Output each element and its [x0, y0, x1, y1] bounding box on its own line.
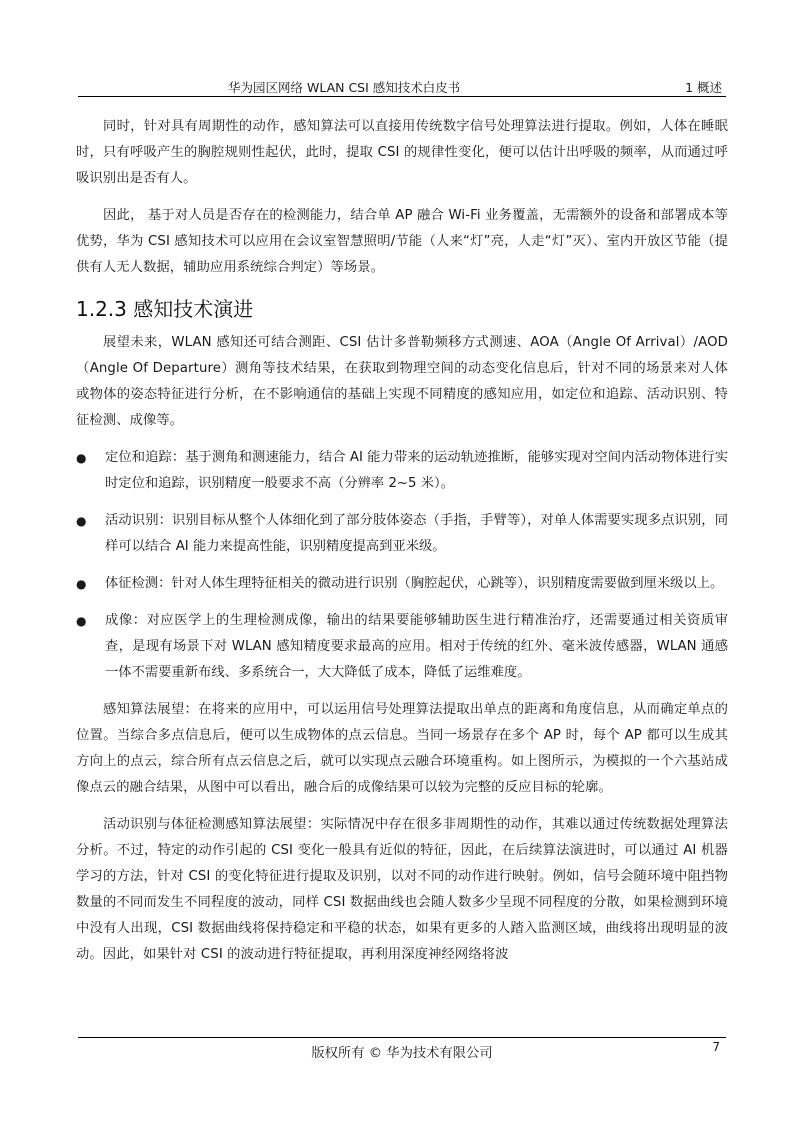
page-footer: 版权所有 © 华为技术有限公司 7: [78, 1037, 726, 1038]
page-body: 同时，针对具有周期性的动作，感知算法可以直接用传统数字信号处理算法进行提取。例如…: [76, 114, 728, 968]
paragraph-algorithm-outlook: 感知算法展望：在将来的应用中，可以运用信号处理算法提取出单点的距离和角度信息，从…: [76, 697, 728, 801]
list-item: ● 体征检测：针对人体生理特征相关的微动进行识别（胸腔起伏，心跳等），识别精度需…: [76, 571, 728, 597]
paragraph-applications: 因此， 基于对人员是否存在的检测能力，结合单 AP 融合 Wi-Fi 业务覆盖，…: [76, 203, 728, 281]
list-item: ● 活动识别：识别目标从整个人体细化到了部分肢体姿态（手指，手臂等），对单人体需…: [76, 508, 728, 560]
list-item-text: 定位和追踪：基于测角和测速能力，结合 AI 能力带来的运动轨迹推断，能够实现对空…: [105, 450, 728, 491]
copyright-text: 版权所有 © 华为技术有限公司: [78, 1042, 726, 1061]
list-item-text: 成像：对应医学上的生理检测成像，输出的结果要能够辅助医生进行精准治疗，还需要通过…: [105, 613, 728, 680]
bullet-icon: ●: [76, 608, 86, 634]
page-number: 7: [712, 1040, 720, 1054]
bullet-icon: ●: [76, 571, 86, 597]
list-item-text: 活动识别：识别目标从整个人体细化到了部分肢体姿态（手指，手臂等），对单人体需要实…: [105, 513, 728, 554]
list-item-text: 体征检测：针对人体生理特征相关的微动进行识别（胸腔起伏，心跳等），识别精度需要做…: [105, 576, 723, 591]
bullet-icon: ●: [76, 445, 86, 471]
list-item: ● 定位和追踪：基于测角和测速能力，结合 AI 能力带来的运动轨迹推断，能够实现…: [76, 445, 728, 497]
page-header: 华为园区网络 WLAN CSI 感知技术白皮书 1 概述: [78, 76, 726, 97]
paragraph-periodic-motion: 同时，针对具有周期性的动作，感知算法可以直接用传统数字信号处理算法进行提取。例如…: [76, 114, 728, 192]
chapter-label: 1 概述: [685, 78, 722, 96]
bullet-icon: ●: [76, 508, 86, 534]
document-title: 华为园区网络 WLAN CSI 感知技术白皮书: [228, 78, 460, 96]
section-heading: 1.2.3 感知技术演进: [76, 292, 728, 330]
bullet-list: ● 定位和追踪：基于测角和测速能力，结合 AI 能力带来的运动轨迹推断，能够实现…: [76, 445, 728, 686]
paragraph-outlook: 展望未来，WLAN 感知还可结合测距、CSI 估计多普勒频移方式测速、AOA（A…: [76, 330, 728, 434]
paragraph-activity-recognition: 活动识别与体征检测感知算法展望：实际情况中存在很多非周期性的动作，其难以通过传统…: [76, 812, 728, 968]
list-item: ● 成像：对应医学上的生理检测成像，输出的结果要能够辅助医生进行精准治疗，还需要…: [76, 608, 728, 686]
